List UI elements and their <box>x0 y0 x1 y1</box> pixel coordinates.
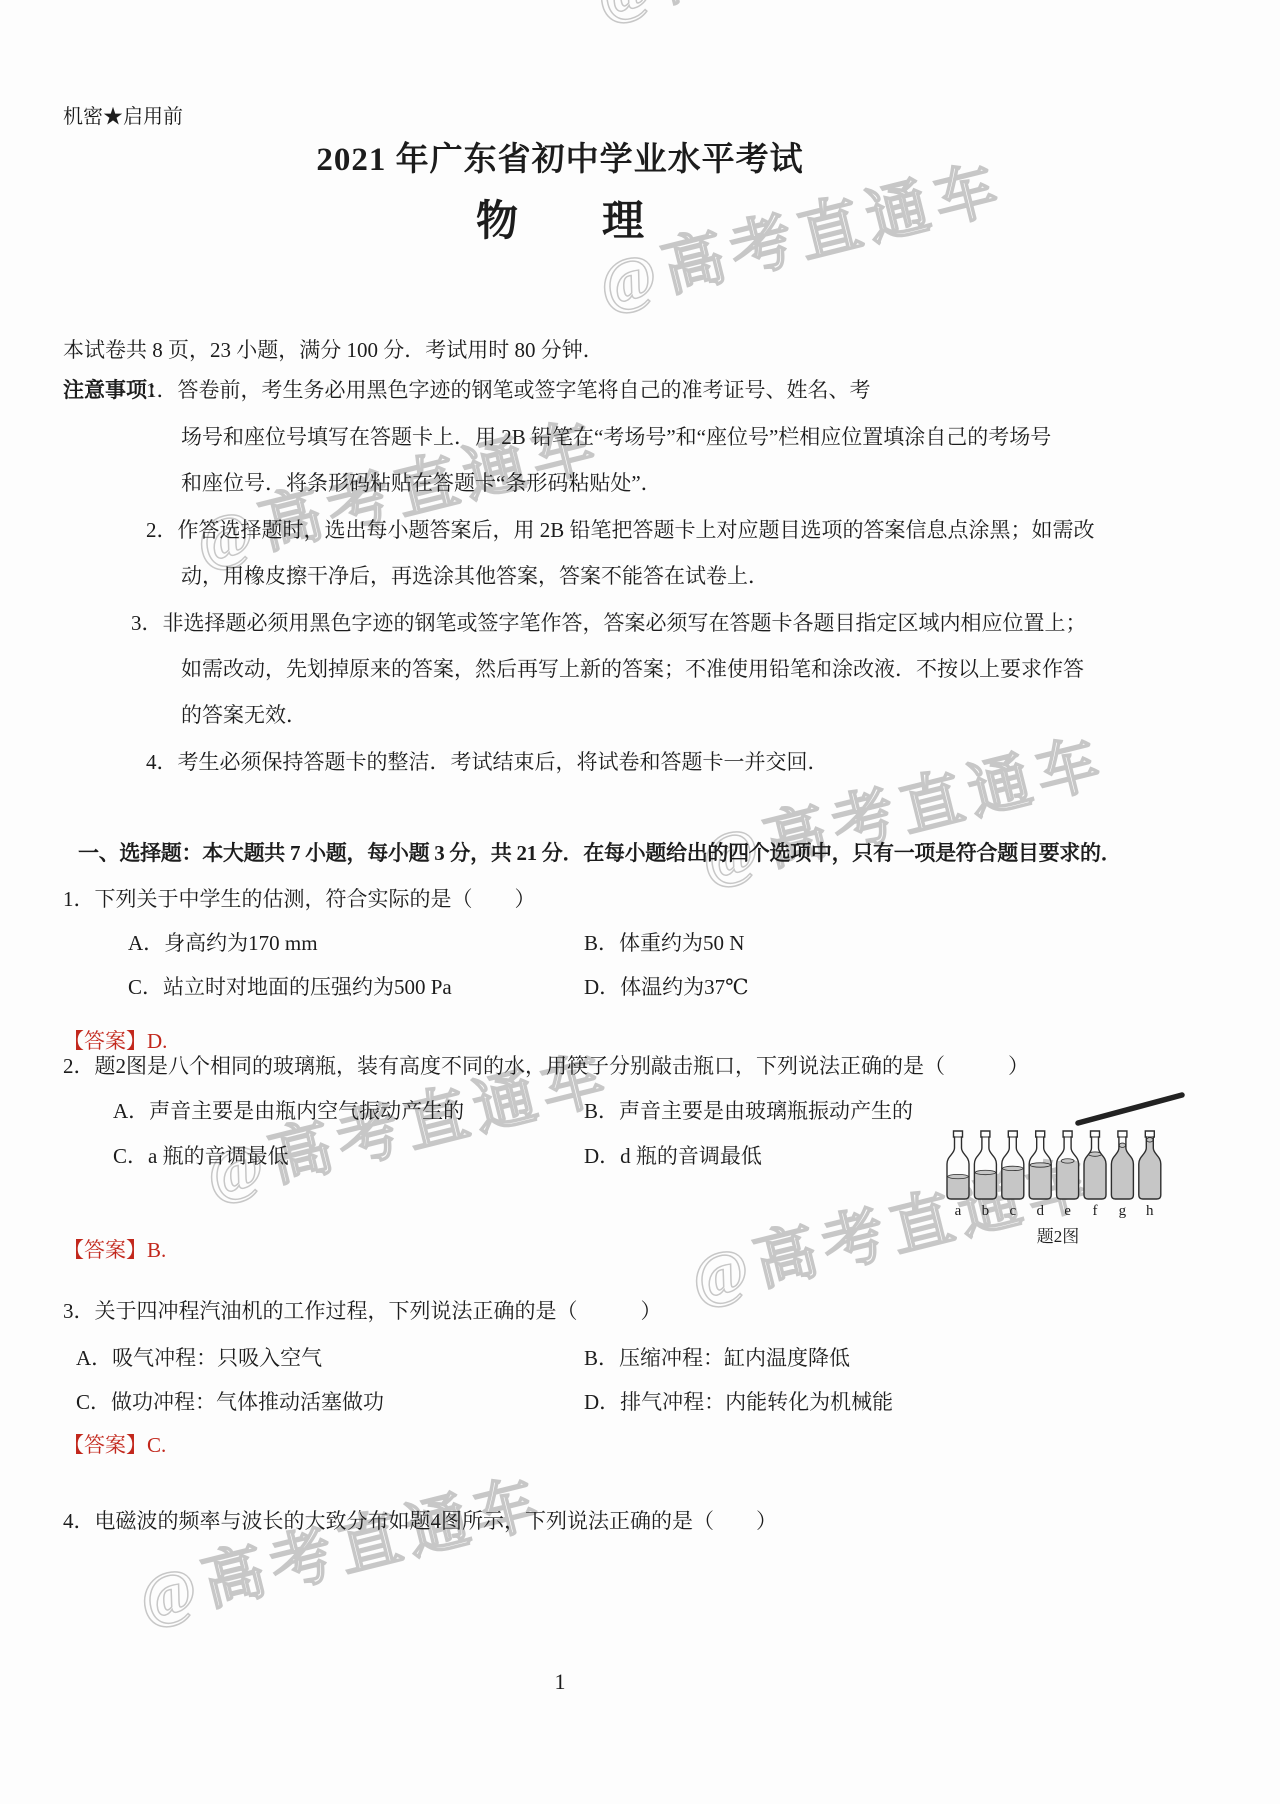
q2-option-d: D．d 瓶的音调最低 <box>584 1143 762 1169</box>
notice-text: 作答选择题时，选出每小题答案后，用 2B 铅笔把答题卡上对应题目选项的答案信息点… <box>178 518 1095 542</box>
q2-option-a: A．声音主要是由瓶内空气振动产生的 <box>113 1098 464 1124</box>
notice-3-line-2: 如需改动，先划掉原来的答案，然后再写上新的答案；不准使用铅笔和涂改液．不按以上要… <box>181 656 1084 682</box>
bottle-water <box>947 1177 969 1199</box>
bottle-water <box>1002 1168 1024 1199</box>
page-number: 1 <box>0 1668 1120 1696</box>
q3-option-c: C．做功冲程：气体推动活塞做功 <box>76 1389 384 1415</box>
notice-text: 非选择题必须用黑色字迹的钢笔或签字笔作答，答案必须写在答题卡各题目指定区域内相应… <box>163 611 1087 635</box>
bottle-water <box>1084 1154 1106 1199</box>
bottle-d: d <box>1029 1131 1051 1219</box>
classification-label: 机密★启用前 <box>63 105 183 130</box>
q3-option-b: B．压缩冲程：缸内温度降低 <box>584 1345 850 1371</box>
watermark: @高考直通车 <box>128 1451 553 1638</box>
bottle-water <box>974 1172 996 1199</box>
q2-figure-caption: 题2图 <box>1037 1227 1080 1246</box>
water-surface <box>975 1170 995 1174</box>
q2-option-c: C．a 瓶的音调最低 <box>113 1143 289 1169</box>
notice-3-line-1: 3．非选择题必须用黑色字迹的钢笔或签字笔作答，答案必须写在答题卡各题目指定区域内… <box>131 610 1087 636</box>
bottle-label: a <box>955 1203 962 1219</box>
notice-1-num: 1． <box>146 378 178 402</box>
notice-1-line-1: 1．答卷前，考生务必用黑色字迹的钢笔或签字笔将自己的准考证号、姓名、考 <box>146 377 871 403</box>
exam-subject: 物 理 <box>0 196 1120 249</box>
bottle-water <box>1057 1161 1079 1199</box>
q4-stem: 4．电磁波的频率与波长的大致分布如题4图所示，下列说法正确的是（ ） <box>63 1508 777 1534</box>
bottle-label: g <box>1119 1203 1127 1219</box>
water-surface <box>1147 1138 1153 1142</box>
bottle-c: c <box>1002 1131 1024 1219</box>
q1-option-b: B．体重约为50 N <box>584 930 744 956</box>
bottle-label: d <box>1036 1203 1044 1219</box>
notice-3-line-3: 的答案无效． <box>181 702 307 728</box>
bottle-a: a <box>947 1131 969 1219</box>
q1-answer: 【答案】D. <box>63 1028 167 1054</box>
bottle-water <box>1111 1145 1133 1199</box>
q3-answer: 【答案】C. <box>63 1432 166 1458</box>
q3-stem: 3．关于四冲程汽油机的工作过程，下列说法正确的是（ ） <box>63 1298 662 1324</box>
q2-stem: 2．题2图是八个相同的玻璃瓶，装有高度不同的水，用筷子分别敲击瓶口，下列说法正确… <box>63 1053 1029 1079</box>
bottle-b: b <box>974 1131 996 1219</box>
q1-option-c: C．站立时对地面的压强约为500 Pa <box>128 974 452 1000</box>
notice-2-num: 2． <box>146 518 178 542</box>
notice-3-num: 3． <box>131 611 163 635</box>
watermark: @高考直通车 <box>585 0 1010 34</box>
bottle-water <box>1139 1140 1161 1199</box>
q3-option-d: D．排气冲程：内能转化为机械能 <box>584 1389 893 1415</box>
q1-stem: 1．下列关于中学生的估测，符合实际的是（ ） <box>63 886 536 912</box>
bottle-water <box>1029 1165 1051 1199</box>
watermark: @高考直通车 <box>690 711 1115 898</box>
q1-option-d: D．体温约为37℃ <box>584 974 749 1000</box>
notice-text: 答卷前，考生务必用黑色字迹的钢笔或签字笔将自己的准考证号、姓名、考 <box>178 378 871 402</box>
bottle-label: b <box>982 1203 990 1219</box>
bottle-e: e <box>1057 1131 1079 1219</box>
notice-text: 考生必须保持答题卡的整洁．考试结束后，将试卷和答题卡一并交回． <box>178 750 829 774</box>
notice-4-num: 4． <box>146 750 178 774</box>
q1-option-a: A．身高约为170 mm <box>128 930 318 956</box>
bottle-label: e <box>1064 1203 1071 1219</box>
chopstick-icon <box>1078 1095 1182 1123</box>
bottle-g: g <box>1111 1131 1133 1219</box>
bottle-label: f <box>1093 1203 1098 1219</box>
bottle-label: c <box>1009 1203 1016 1219</box>
bottle-f: f <box>1084 1131 1106 1219</box>
notice-1-line-2: 场号和座位号填写在答题卡上．用 2B 铅笔在“考场号”和“座位号”栏相应位置填涂… <box>181 424 1051 450</box>
notice-1-line-3: 和座位号．将条形码粘贴在答题卡“条形码粘贴处”． <box>181 470 662 496</box>
water-surface <box>1030 1163 1050 1167</box>
intro-summary: 本试卷共 8 页，23 小题，满分 100 分．考试用时 80 分钟． <box>63 337 604 363</box>
water-surface <box>948 1174 968 1178</box>
exam-title: 2021 年广东省初中学业水平考试 <box>0 140 1120 181</box>
bottle-h: h <box>1139 1131 1161 1219</box>
water-surface <box>1119 1143 1125 1147</box>
section-heading: 一、选择题：本大题共 7 小题，每小题 3 分，共 21 分．在每小题给出的四个… <box>78 840 1121 866</box>
bottle-label: h <box>1146 1203 1154 1219</box>
notice-2-line-2: 动，用橡皮擦干净后，再选涂其他答案，答案不能答在试卷上． <box>181 563 769 589</box>
q3-option-a: A．吸气冲程：只吸入空气 <box>76 1345 322 1371</box>
water-surface <box>1061 1159 1074 1163</box>
q2-figure-bottles: 题2图 abcdefgh <box>930 1086 1192 1254</box>
notice-4-line-1: 4．考生必须保持答题卡的整洁．考试结束后，将试卷和答题卡一并交回． <box>146 749 829 775</box>
q2-option-b: B．声音主要是由玻璃瓶振动产生的 <box>584 1098 913 1124</box>
water-surface <box>1003 1166 1023 1170</box>
exam-paper-page: @高考直通车 @高考直通车 @高考直通车 @高考直通车 @高考直通车 @高考直通… <box>0 0 1280 1804</box>
notice-2-line-1: 2．作答选择题时，选出每小题答案后，用 2B 铅笔把答题卡上对应题目选项的答案信… <box>146 517 1095 543</box>
q2-answer: 【答案】B. <box>63 1237 166 1263</box>
